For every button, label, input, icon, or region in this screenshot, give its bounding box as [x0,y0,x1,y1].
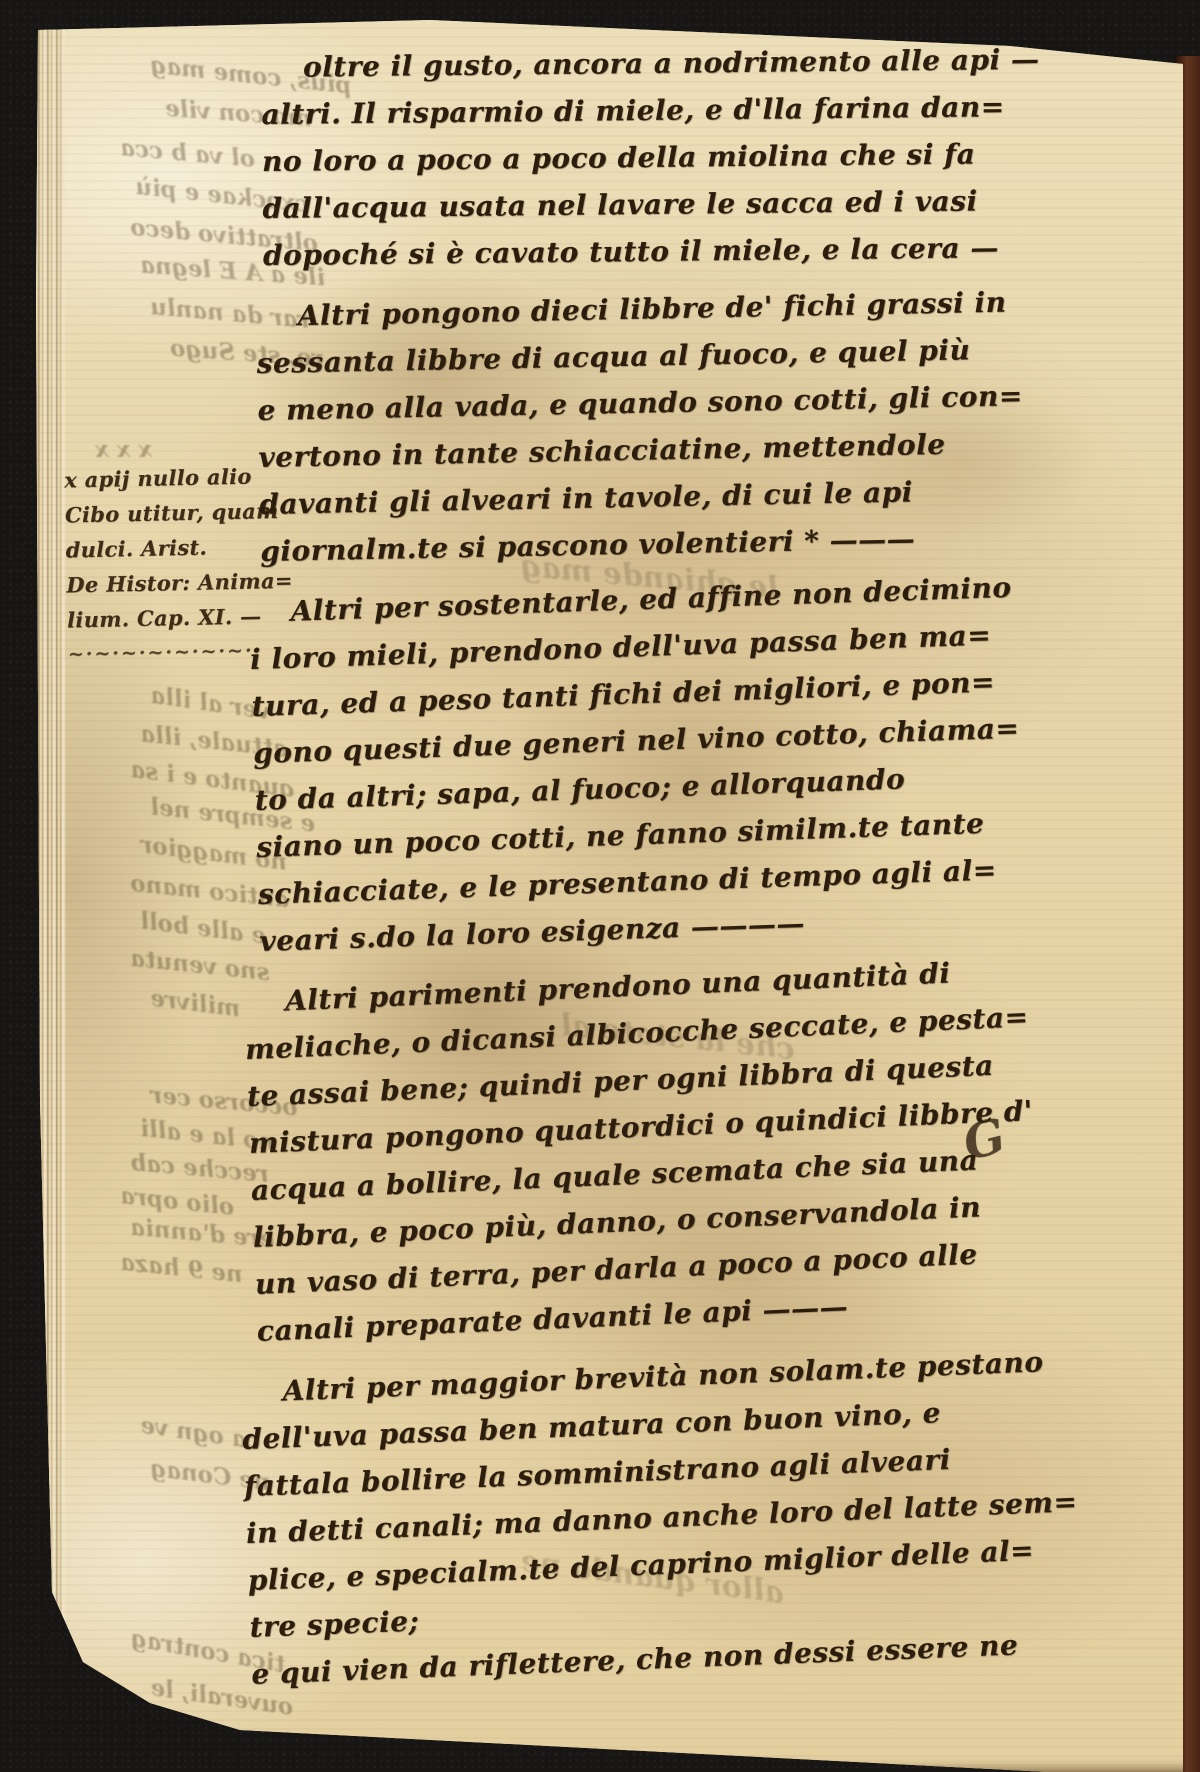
handwritten-line: dall'acqua usata nel lavare le sacca ed … [262,177,1036,232]
bleedthrough-text: x x x [95,436,152,463]
handwritten-line: dopoché si è cavato tutto il miele, e la… [263,224,1037,279]
paragraph: Altri parimenti prendono una quantità di… [242,946,1043,1355]
handwritten-line: altri. Il risparmio di miele, e d'lla fa… [261,83,1035,138]
handwritten-line: oltre il gusto, ancora a nodrimento alle… [261,36,1035,91]
bleedthrough-text: e alle boll [139,907,268,949]
bleedthrough-text: ne 9 haza [119,1249,244,1289]
bleedthrough-text: milivre [149,985,242,1023]
paragraph: oltre il gusto, ancora a nodrimento alle… [261,36,1037,279]
handwritten-line: no loro a poco a poco della miolina che … [262,130,1036,185]
paragraph: Altri per maggior brevità non solam.te p… [240,1339,1042,1698]
gutter-leaf-edges [38,22,65,1642]
paragraph: Altri pongono dieci libbre de' fichi gra… [255,278,1038,575]
bleedthrough-text: olio opra [119,1182,236,1221]
body-text: oltre il gusto, ancora a nodrimento alle… [256,44,1036,1712]
bleedthrough-text: on xy 72 [169,1716,279,1759]
bleedthrough-text: ol va b cca [119,134,256,173]
paragraph: Altri per sostentarle, ed affine non dec… [248,563,1042,965]
scan-background: { "canvas": { "bg_color": "#181614", "pa… [0,0,1200,1772]
manuscript-page: pius, come magmo con vileol va b ccacxoc… [0,0,1200,1772]
